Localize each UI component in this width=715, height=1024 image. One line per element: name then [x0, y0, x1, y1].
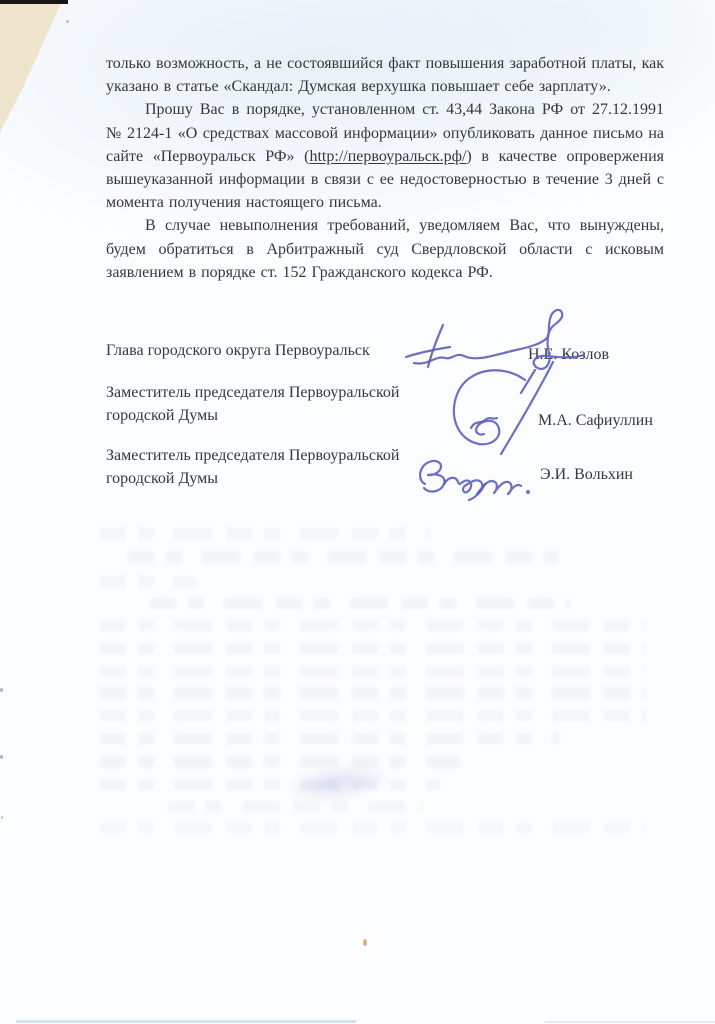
scanner-bed-corner	[0, 0, 82, 138]
signature-volkhin	[411, 450, 541, 502]
paper-speck	[1, 816, 3, 819]
bleedthrough-row	[100, 710, 645, 721]
paper-speck	[0, 688, 3, 692]
bleedthrough-row	[100, 779, 440, 790]
bleedthrough-row	[128, 552, 558, 563]
scan-edge-artifact	[16, 1020, 356, 1023]
bleedthrough-row	[100, 666, 645, 677]
signature-safiullin	[437, 360, 567, 456]
signatory-title: Заместитель председателя Первоуральской	[106, 444, 399, 467]
paper-speck	[0, 755, 3, 759]
scanned-letter-page: только возможность, а не состоявшийся фа…	[0, 0, 715, 1024]
letter-body: только возможность, а не состоявшийся фа…	[106, 52, 664, 284]
bleedthrough-row	[100, 822, 645, 833]
signatory-name: Э.И. Вольхин	[540, 463, 633, 486]
paragraph-legal-warning: В случае невыполнения требований, уведом…	[106, 214, 664, 284]
bleedthrough-row	[150, 598, 570, 609]
signatory-title: Заместитель председателя Первоуральской	[106, 381, 399, 404]
signatory-title: Глава городского округа Первоуральск	[106, 339, 370, 362]
bleedthrough-row	[100, 576, 195, 587]
signatory-title: городской Думы	[106, 467, 218, 490]
bleedthrough-row	[100, 643, 645, 654]
paper-speck	[66, 20, 69, 23]
bleedthrough-row	[100, 688, 645, 699]
paragraph-continuation: только возможность, а не состоявшийся фа…	[106, 52, 664, 98]
site-url-text: http://первоуральск.рф/	[309, 148, 466, 165]
bleedthrough-signature-blob	[280, 756, 396, 809]
signatory-title: городской Думы	[106, 404, 218, 427]
scan-edge-artifact	[545, 1021, 715, 1023]
bleedthrough-row	[100, 620, 645, 631]
paragraph-publish-request: Прошу Вас в порядке, установленном ст. 4…	[106, 98, 664, 214]
bleedthrough-row	[100, 528, 430, 539]
bleedthrough-row	[168, 801, 423, 812]
bleedthrough-row	[100, 756, 460, 767]
bleedthrough-row	[100, 733, 560, 744]
paper-speck	[363, 939, 367, 946]
scan-edge-artifact	[0, 0, 68, 4]
